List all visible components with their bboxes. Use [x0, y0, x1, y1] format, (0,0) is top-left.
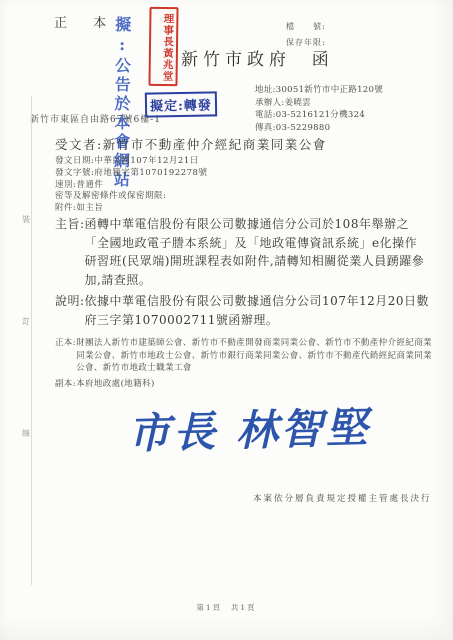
contact-phone: 電話:03-5216121分機324 [255, 109, 383, 122]
explanation-label: 說明: [55, 292, 85, 329]
document-title: 新竹市政府 函 [181, 45, 334, 70]
contact-person: 承辦人:姜曉雲 [255, 97, 383, 110]
letter-body: 主旨: 函轉中華電信股份有限公司數據通信分公司於108年舉辦之「全國地政電子謄本… [55, 215, 429, 329]
document-meta-block: 發文日期:中華民國107年12月21日 發文字號:府地籍字第1070192278… [55, 156, 207, 215]
subject-paragraph: 主旨: 函轉中華電信股份有限公司數據通信分公司於108年舉辦之「全國地政電子謄本… [55, 215, 429, 289]
document-number: 發文字號:府地籍字第1070192278號 [55, 168, 207, 180]
explanation-paragraph: 說明: 依據中華電信股份有限公司數據通信分公司107年12月20日數府三字第10… [55, 292, 429, 329]
copy-type-label: 正 本 [54, 12, 117, 31]
subject-label: 主旨: [55, 215, 85, 289]
approval-stamp: 擬定:轉發 [145, 91, 217, 117]
original-recipients-label: 正本: [55, 337, 76, 375]
distribution-block: 正本: 財團法人新竹市建築師公會、新竹市不動產開發商業同業公會、新竹市不動產仲介… [55, 337, 433, 390]
agency-contact-block: 地址:30051新竹市中正路120號 承辦人:姜曉雲 電話:03-5216121… [255, 84, 383, 134]
subject-text: 函轉中華電信股份有限公司數據通信分公司於108年舉辦之「全國地政電子謄本系統」及… [85, 215, 429, 289]
explanation-text: 依據中華電信股份有限公司數據通信分公司107年12月20日數府三字第107000… [85, 292, 429, 329]
delivery-speed: 速別:普通件 [55, 180, 207, 192]
contact-fax: 傳真:03-5229880 [255, 122, 383, 135]
scanned-official-letter: 正 本 擬:公告於本會網站 理事長黃兆堂 新竹市政府 函 檔 號: 保存年限: … [0, 0, 453, 640]
copy-recipients-text: 本府地政處(地籍科) [76, 378, 433, 391]
agency-address: 地址:30051新竹市中正路120號 [255, 84, 383, 97]
issue-date: 發文日期:中華民國107年12月21日 [55, 156, 207, 168]
page-footer: 第1頁 共1頁 [0, 602, 453, 613]
binding-mark-xian: 線 [22, 428, 30, 439]
attachment-note: 附件:如主旨 [55, 203, 207, 215]
security-classification: 密等及解密條件或保密期限: [55, 191, 207, 203]
copy-recipients-label: 副本: [55, 378, 76, 391]
recipient-line: 受文者:新竹市不動產仲介經紀商業同業公會 [55, 135, 327, 153]
chairman-name-stamp: 理事長黃兆堂 [148, 7, 178, 86]
delegation-note: 本案依分層負責規定授權主管處長決行 [253, 492, 432, 504]
mayor-signature: 市長 林智堅 [127, 395, 371, 461]
binding-mark-zhuang: 裝 [22, 214, 30, 225]
original-recipients-text: 財團法人新竹市建築師公會、新竹市不動產開發商業同業公會、新竹市不動產仲介經紀商業… [76, 337, 433, 375]
copy-recipients: 副本: 本府地政處(地籍科) [55, 378, 433, 391]
binding-fold-line [31, 96, 32, 585]
original-recipients: 正本: 財團法人新竹市建築師公會、新竹市不動產開發商業同業公會、新竹市不動產仲介… [55, 337, 433, 375]
binding-mark-ding: 訂 [22, 316, 30, 327]
file-number-label: 檔 號: [286, 21, 326, 32]
recipient-address: 新竹市東區自由路67號6樓-1 [30, 112, 161, 125]
retention-period-label: 保存年限: [286, 37, 326, 48]
